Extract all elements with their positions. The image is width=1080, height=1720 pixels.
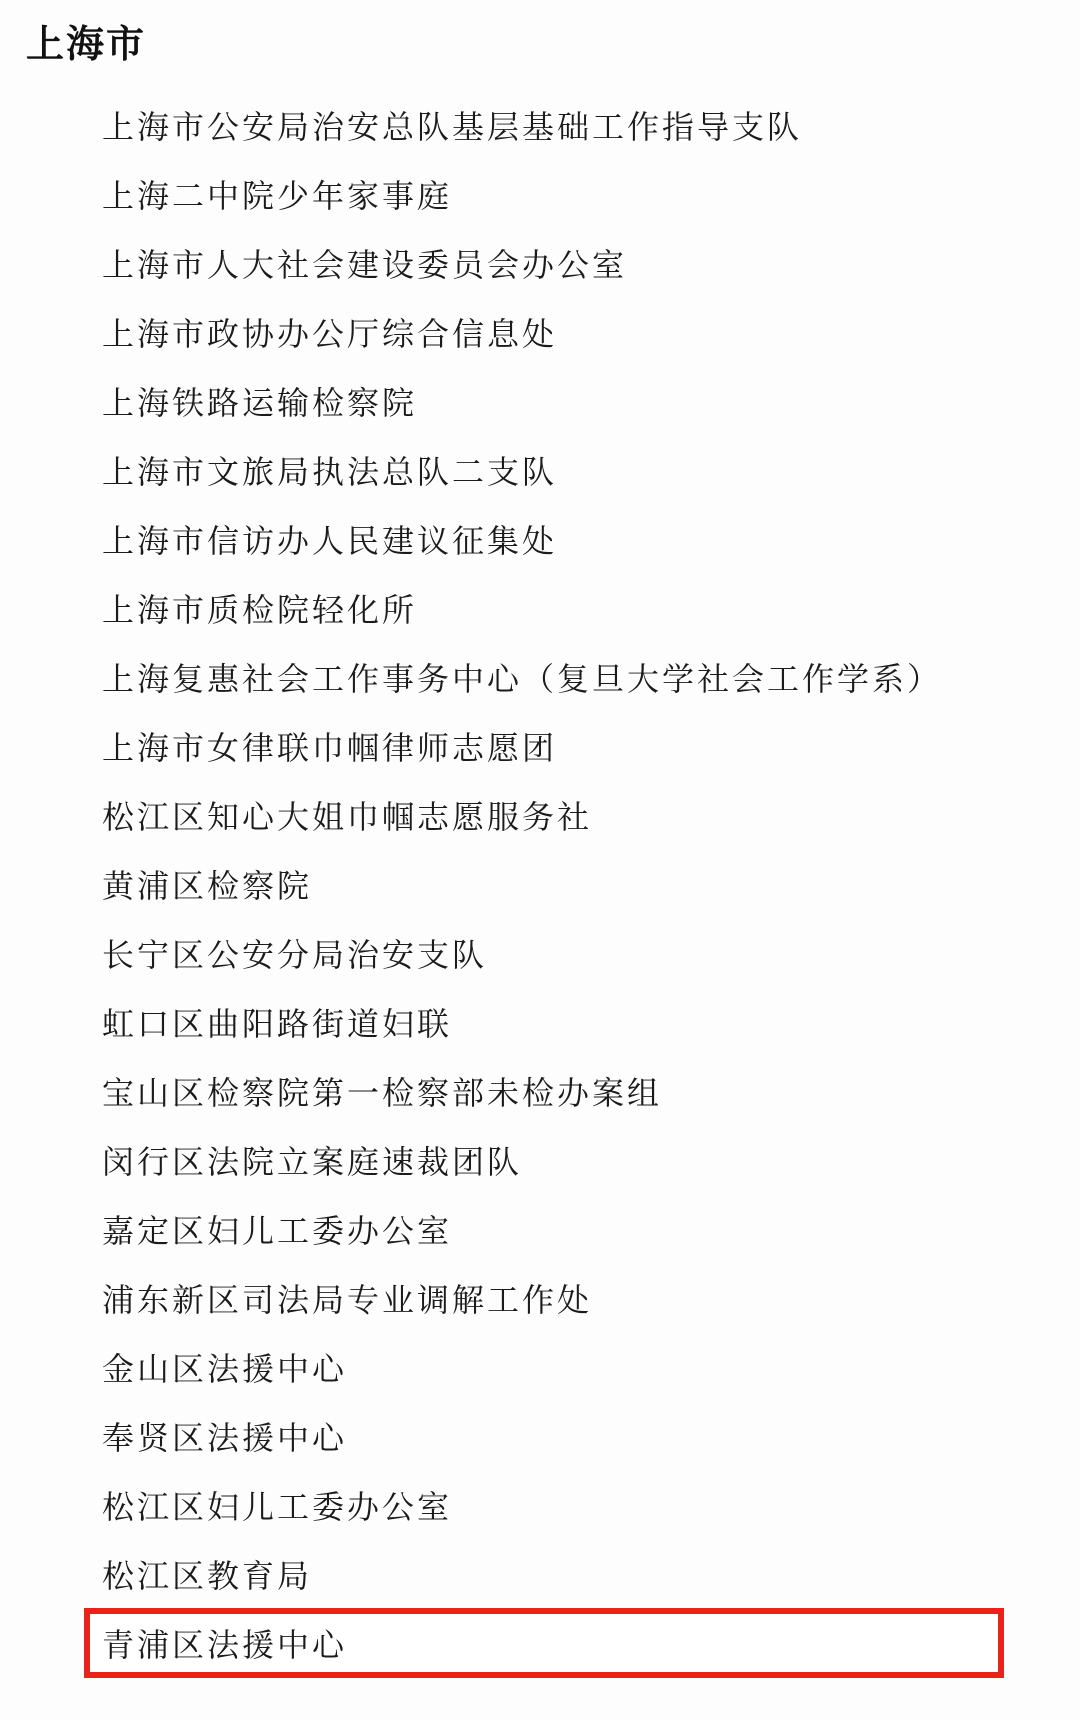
list-item: 浦东新区司法局专业调解工作处 [0,1263,1080,1332]
list-item: 虹口区曲阳路街道妇联 [0,987,1080,1056]
list-item: 上海市文旅局执法总队二支队 [0,435,1080,504]
list-item: 嘉定区妇儿工委办公室 [0,1194,1080,1263]
list-item: 上海二中院少年家事庭 [0,159,1080,228]
list-item-highlighted-box: 青浦区法援中心 [84,1608,1004,1678]
list-item: 上海复惠社会工作事务中心（复旦大学社会工作学系） [0,642,1080,711]
list-item: 松江区妇儿工委办公室 [0,1470,1080,1539]
list-item: 奉贤区法援中心 [0,1401,1080,1470]
list-item: 上海市政协办公厅综合信息处 [0,297,1080,366]
list-item: 上海市质检院轻化所 [0,573,1080,642]
list-item: 松江区教育局 [0,1539,1080,1608]
list-item: 上海市信访办人民建议征集处 [0,504,1080,573]
list-item: 上海市人大社会建设委员会办公室 [0,228,1080,297]
org-list: 上海市公安局治安总队基层基础工作指导支队 上海二中院少年家事庭 上海市人大社会建… [0,90,1080,1678]
list-item: 上海市女律联巾帼律师志愿团 [0,711,1080,780]
document-page: 上海市 上海市公安局治安总队基层基础工作指导支队 上海二中院少年家事庭 上海市人… [0,0,1080,1720]
list-item: 长宁区公安分局治安支队 [0,918,1080,987]
region-header: 上海市 [0,0,1080,66]
list-item: 闵行区法院立案庭速裁团队 [0,1125,1080,1194]
list-item: 上海市公安局治安总队基层基础工作指导支队 [0,90,1080,159]
list-item: 上海铁路运输检察院 [0,366,1080,435]
list-item: 金山区法援中心 [0,1332,1080,1401]
list-item: 宝山区检察院第一检察部未检办案组 [0,1056,1080,1125]
list-item: 黄浦区检察院 [0,849,1080,918]
list-item: 松江区知心大姐巾帼志愿服务社 [0,780,1080,849]
